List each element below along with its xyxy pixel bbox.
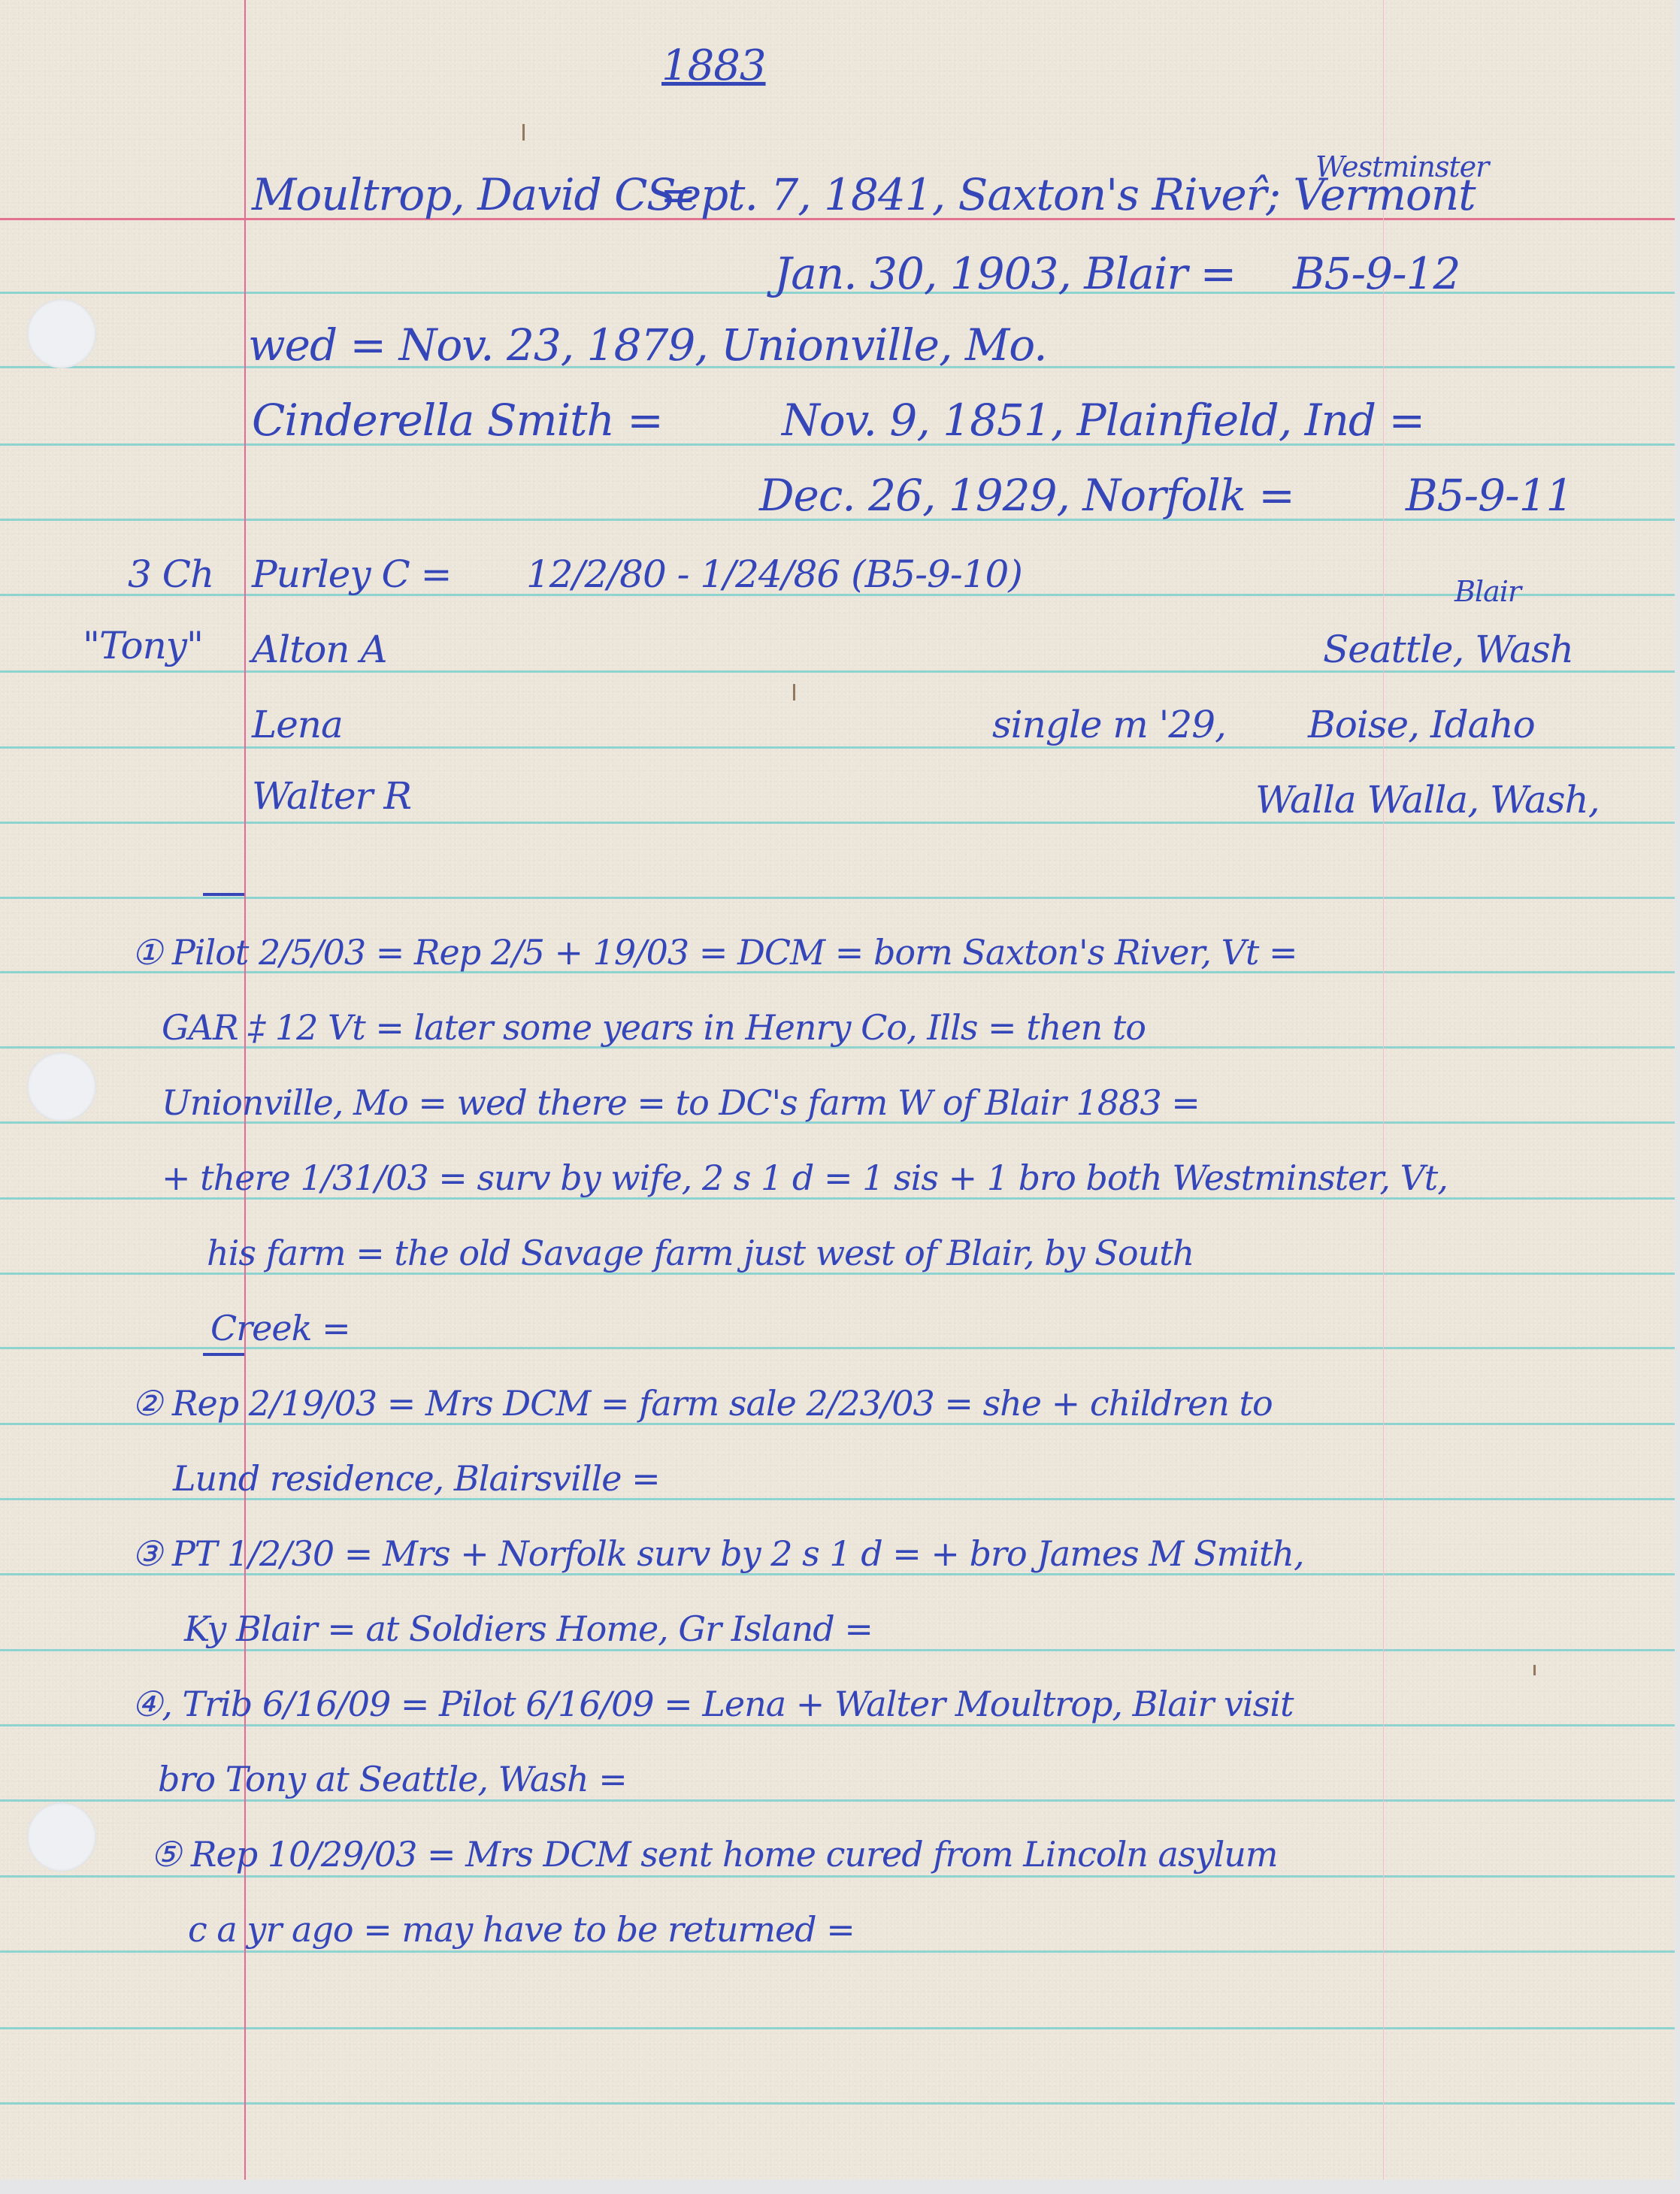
note-line: ② Rep 2/19/03 = Mrs DCM = farm sale 2/23… bbox=[132, 1383, 1273, 1424]
child-name: Walter R bbox=[252, 774, 411, 818]
ruled-line bbox=[0, 822, 1675, 824]
note-line: ③ PT 1/2/30 = Mrs + Norfolk surv by 2 s … bbox=[132, 1533, 1304, 1574]
ruled-line bbox=[0, 1649, 1675, 1651]
note-line: ① Pilot 2/5/03 = Rep 2/5 + 19/03 = DCM =… bbox=[132, 932, 1297, 973]
stray-mark bbox=[1533, 1665, 1536, 1675]
children-label: 3 Ch bbox=[128, 552, 213, 596]
note-line: Creek = bbox=[210, 1308, 350, 1348]
stray-mark bbox=[793, 684, 795, 701]
note-separator bbox=[203, 893, 244, 896]
child-name: Purley C = bbox=[252, 552, 452, 596]
note-line: c a yr ago = may have to be returned = bbox=[188, 1909, 855, 1950]
child-residence: Blair bbox=[1454, 575, 1521, 608]
ruled-line bbox=[0, 897, 1675, 899]
ruled-line bbox=[0, 746, 1675, 749]
record-death-ref: B5-9-12 bbox=[1293, 248, 1460, 299]
note-line: bro Tony at Seattle, Wash = bbox=[158, 1759, 627, 1799]
punch-hole bbox=[27, 1802, 96, 1872]
ruled-line bbox=[0, 2027, 1675, 2029]
stray-mark bbox=[522, 124, 525, 141]
ruled-line bbox=[0, 2102, 1675, 2105]
child-residence: Boise, Idaho bbox=[1308, 703, 1535, 746]
note-line: Ky Blair = at Soldiers Home, Gr Island = bbox=[184, 1608, 873, 1649]
child-nickname: "Tony" bbox=[83, 624, 203, 667]
child-note: 12/2/80 - 1/24/86 (B5-9-10) bbox=[526, 552, 1022, 596]
spouse-birth: Nov. 9, 1851, Plainfield, Ind = bbox=[782, 395, 1424, 446]
ruled-line bbox=[0, 1799, 1675, 1802]
note-line: Lund residence, Blairsville = bbox=[173, 1458, 660, 1499]
note-line: ⑤ Rep 10/29/03 = Mrs DCM sent home cured… bbox=[150, 1834, 1278, 1875]
punch-hole bbox=[27, 1052, 96, 1121]
note-line: Unionville, Mo = wed there = to DC's far… bbox=[162, 1082, 1200, 1123]
record-marriage: wed = Nov. 23, 1879, Unionville, Mo. bbox=[248, 319, 1047, 371]
child-name: Alton A bbox=[252, 628, 387, 671]
note-line: GAR ‡ 12 Vt = later some years in Henry … bbox=[162, 1007, 1146, 1048]
note-separator bbox=[203, 1353, 244, 1356]
right-margin-line bbox=[1383, 0, 1384, 2180]
child-note: single m '29, bbox=[992, 703, 1226, 746]
note-line: his farm = the old Savage farm just west… bbox=[207, 1233, 1194, 1273]
spouse-name: Cinderella Smith = bbox=[252, 395, 663, 446]
spouse-death: Dec. 26, 1929, Norfolk = bbox=[759, 470, 1294, 521]
page-title: 1883 bbox=[661, 41, 766, 90]
child-name: Lena bbox=[252, 703, 343, 746]
ruled-line bbox=[0, 1875, 1675, 1878]
punch-hole bbox=[27, 299, 96, 368]
child-residence: Walla Walla, Wash, bbox=[1255, 778, 1600, 822]
note-line: + there 1/31/03 = surv by wife, 2 s 1 d … bbox=[162, 1158, 1448, 1198]
notebook-page: 1883 Westminster Moultrop, David C = Sep… bbox=[0, 0, 1675, 2180]
child-residence: Seattle, Wash bbox=[1323, 628, 1573, 671]
record-birth: Sept. 7, 1841, Saxton's River̂; Vermont bbox=[646, 169, 1476, 220]
note-line: ④, Trib 6/16/09 = Pilot 6/16/09 = Lena +… bbox=[132, 1684, 1293, 1724]
ruled-line bbox=[0, 1724, 1675, 1726]
spouse-death-ref: B5-9-11 bbox=[1406, 470, 1573, 521]
record-name: Moultrop, David C = bbox=[252, 169, 696, 220]
ruled-line bbox=[0, 1950, 1675, 1953]
record-death: Jan. 30, 1903, Blair = bbox=[774, 248, 1236, 299]
